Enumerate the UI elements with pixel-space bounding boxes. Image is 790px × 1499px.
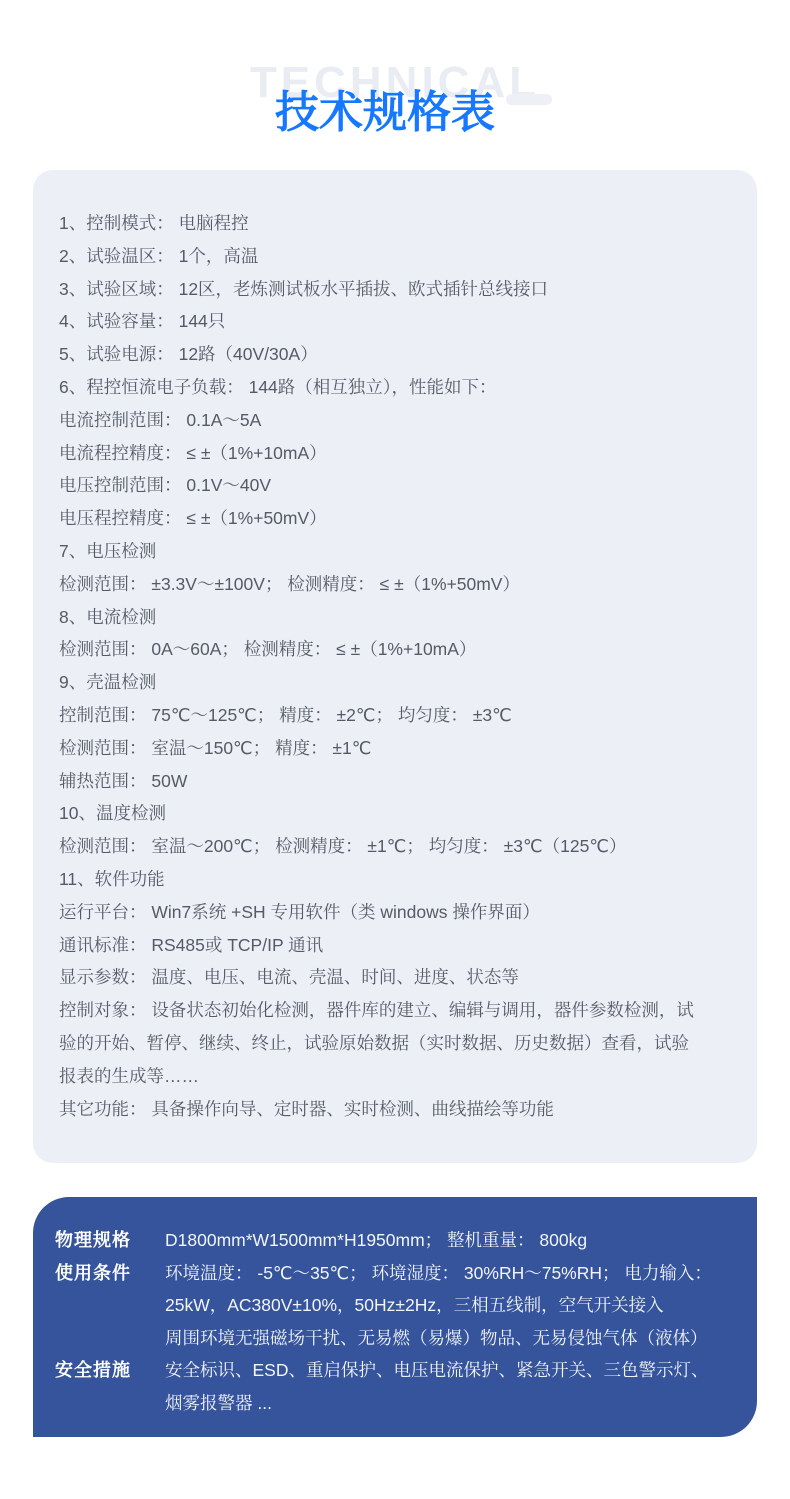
spec-line-capacity: 4、试验容量： 144只: [59, 305, 729, 338]
usage-conditions-label: 使用条件: [55, 1257, 165, 1290]
spec-panel: 1、控制模式： 电脑程控 2、试验温区： 1个，高温 3、试验区域： 12区，老…: [33, 170, 757, 1163]
bottom-info-panel: 物理规格 D1800mm*W1500mm*H1950mm； 整机重量： 800k…: [33, 1197, 757, 1437]
spec-line-power: 5、试验电源： 12路（40V/30A）: [59, 338, 729, 371]
spec-line-control-mode: 1、控制模式： 电脑程控: [59, 207, 729, 240]
row-usage-conditions: 使用条件 环境温度： -5℃～35℃； 环境湿度： 30%RH～75%RH； 电…: [55, 1257, 739, 1355]
spec-line-voltage-detect-range: 检测范围： ±3.3V～±100V； 检测精度： ≤ ±（1%+50mV）: [59, 568, 729, 601]
spec-line-control-objects-2: 验的开始、暂停、继续、终止，试验原始数据（实时数据、历史数据）查看，试验: [59, 1027, 729, 1060]
spec-line-case-temp-range: 检测范围： 室温～150℃； 精度： ±1℃: [59, 732, 729, 765]
spec-line-test-area: 3、试验区域： 12区，老炼测试板水平插拔、欧式插针总线接口: [59, 273, 729, 306]
spec-line-temp-detect: 10、温度检测: [59, 797, 729, 830]
spec-line-current-detect-range: 检测范围： 0A～60A； 检测精度： ≤ ±（1%+10mA）: [59, 633, 729, 666]
usage-conditions-line-3: 周围环境无强磁场干扰、无易燃（易爆）物品、无易侵蚀气体（液体）: [165, 1322, 739, 1355]
physical-spec-value: D1800mm*W1500mm*H1950mm； 整机重量： 800kg: [165, 1224, 739, 1257]
row-physical-spec: 物理规格 D1800mm*W1500mm*H1950mm； 整机重量： 800k…: [55, 1224, 739, 1257]
spec-line-other-functions: 其它功能： 具备操作向导、定时器、实时检测、曲线描绘等功能: [59, 1093, 729, 1126]
page-header: TECHNICAL 技术规格表: [0, 0, 790, 170]
page-title: 技术规格表: [0, 76, 770, 140]
spec-line-voltage-precision: 电压程控精度： ≤ ±（1%+50mV）: [59, 502, 729, 535]
spec-line-voltage-detect: 7、电压检测: [59, 535, 729, 568]
spec-line-software: 11、软件功能: [59, 863, 729, 896]
spec-line-display-params: 显示参数： 温度、电压、电流、壳温、时间、进度、状态等: [59, 961, 729, 994]
safety-measures-label: 安全措施: [55, 1354, 165, 1387]
spec-line-comm-standard: 通讯标准： RS485或 TCP/IP 通讯: [59, 929, 729, 962]
row-safety-measures: 安全措施 安全标识、ESD、重启保护、电压电流保护、紧急开关、三色警示灯、 烟雾…: [55, 1354, 739, 1419]
spec-line-electronic-load: 6、程控恒流电子负载： 144路（相互独立），性能如下：: [59, 371, 729, 404]
spec-line-temp-zone: 2、试验温区： 1个，高温: [59, 240, 729, 273]
spec-line-aux-heat: 辅热范围： 50W: [59, 765, 729, 798]
physical-spec-label: 物理规格: [55, 1224, 165, 1257]
spec-line-control-objects-1: 控制对象： 设备状态初始化检测，器件库的建立、编辑与调用，器件参数检测，试: [59, 994, 729, 1027]
spec-line-current-detect: 8、电流检测: [59, 601, 729, 634]
spec-line-case-temp-detect: 9、壳温检测: [59, 666, 729, 699]
spec-line-platform: 运行平台： Win7系统 +SH 专用软件（类 windows 操作界面）: [59, 896, 729, 929]
spec-line-temp-detect-range: 检测范围： 室温～200℃； 检测精度： ±1℃； 均匀度： ±3℃（125℃）: [59, 830, 729, 863]
spec-line-control-objects-3: 报表的生成等……: [59, 1060, 729, 1093]
spec-line-current-precision: 电流程控精度： ≤ ±（1%+10mA）: [59, 437, 729, 470]
spec-line-current-ctrl-range: 电流控制范围： 0.1A～5A: [59, 404, 729, 437]
spec-line-case-temp-ctrl: 控制范围： 75℃～125℃； 精度： ±2℃； 均匀度： ±3℃: [59, 699, 729, 732]
spec-line-voltage-ctrl-range: 电压控制范围： 0.1V～40V: [59, 469, 729, 502]
usage-conditions-line-1: 环境温度： -5℃～35℃； 环境湿度： 30%RH～75%RH； 电力输入：: [165, 1257, 739, 1290]
usage-conditions-line-2: 25kW，AC380V±10%，50Hz±2Hz，三相五线制，空气开关接入: [165, 1289, 739, 1322]
safety-measures-line-1: 安全标识、ESD、重启保护、电压电流保护、紧急开关、三色警示灯、: [165, 1354, 739, 1387]
safety-measures-line-2: 烟雾报警器 ...: [165, 1387, 739, 1420]
